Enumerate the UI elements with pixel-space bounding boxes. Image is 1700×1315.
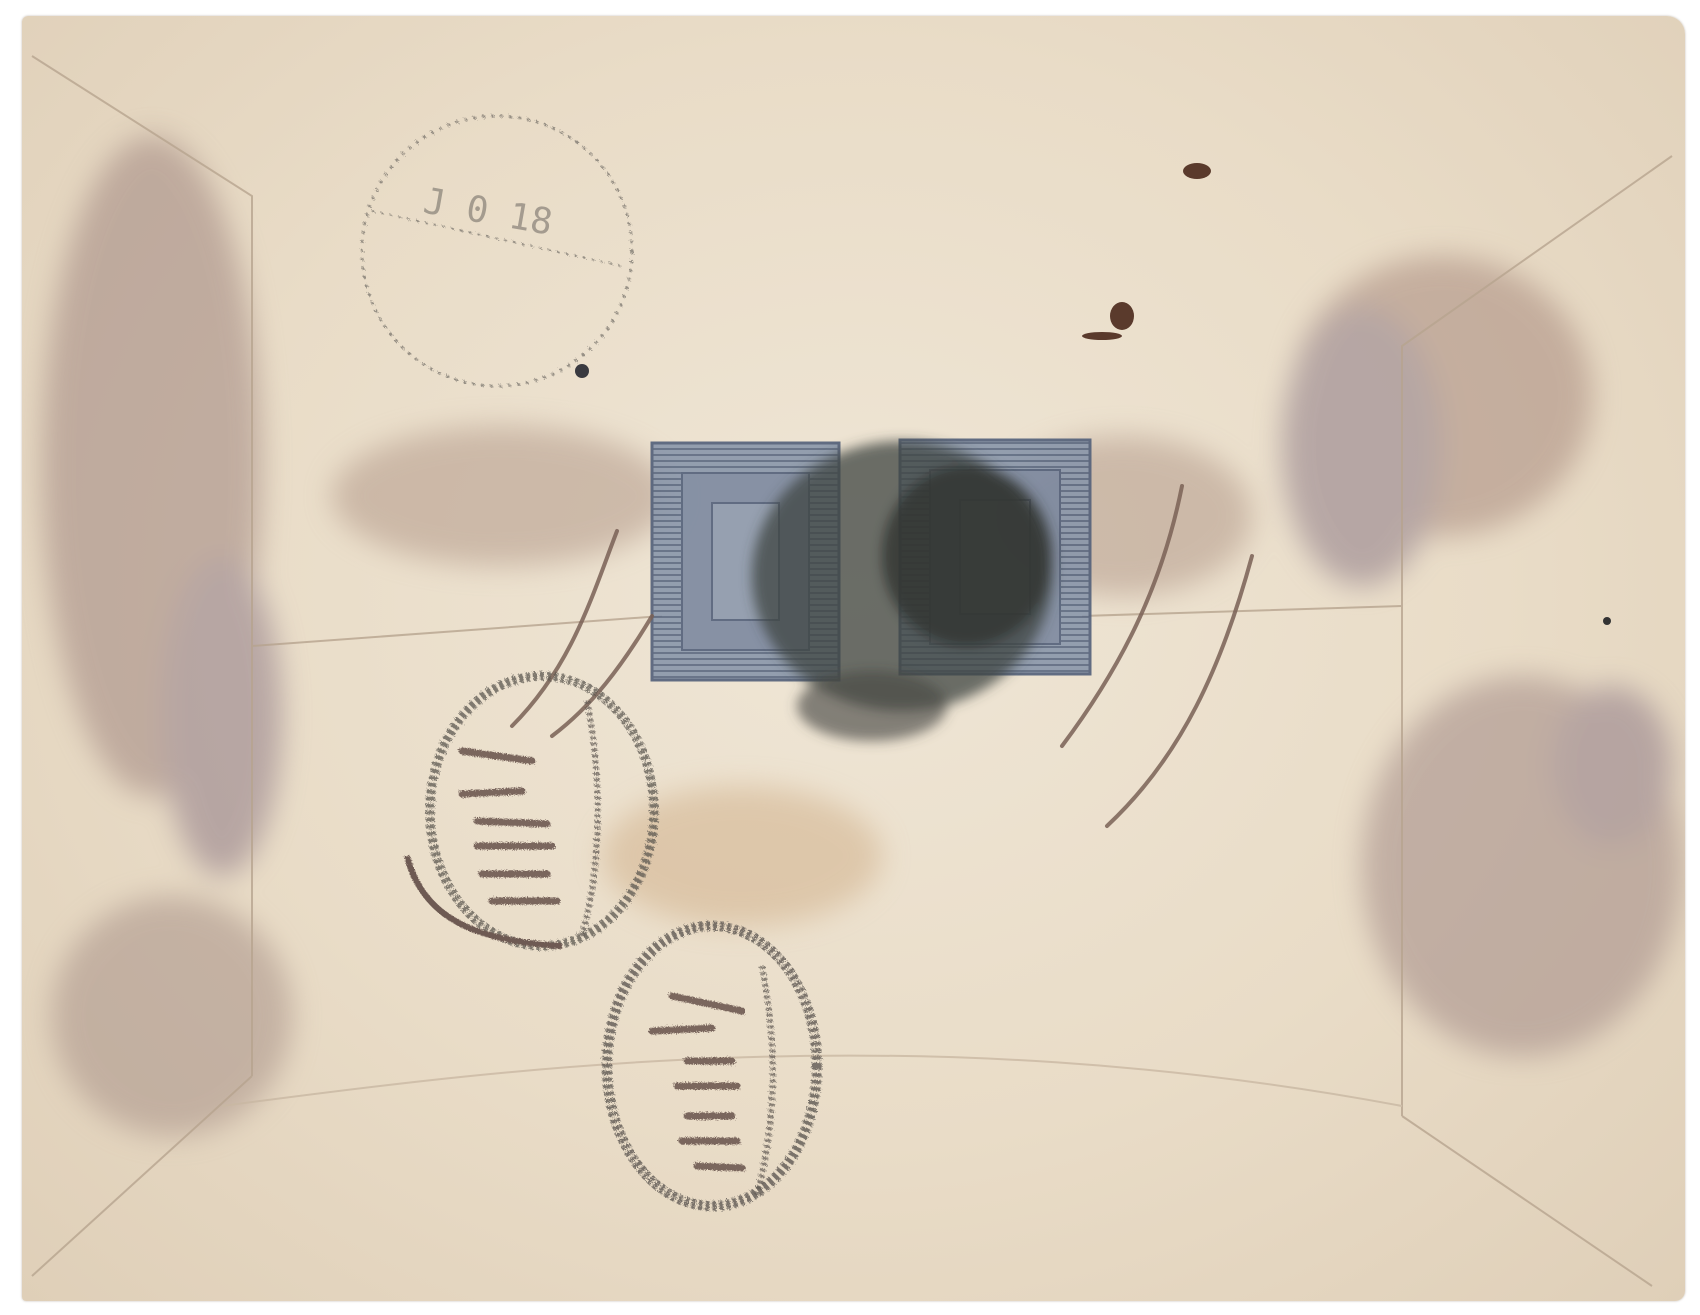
envelope-artwork: J 0 18 [22,16,1685,1301]
oval-handstamp-2 [607,926,817,1206]
datestamp-text: J 0 18 [420,181,555,244]
central-cancel [752,441,1052,741]
circular-datestamp [362,116,632,386]
envelope-back: J 0 18 [22,16,1685,1301]
oval-handstamp-1 [407,676,654,946]
